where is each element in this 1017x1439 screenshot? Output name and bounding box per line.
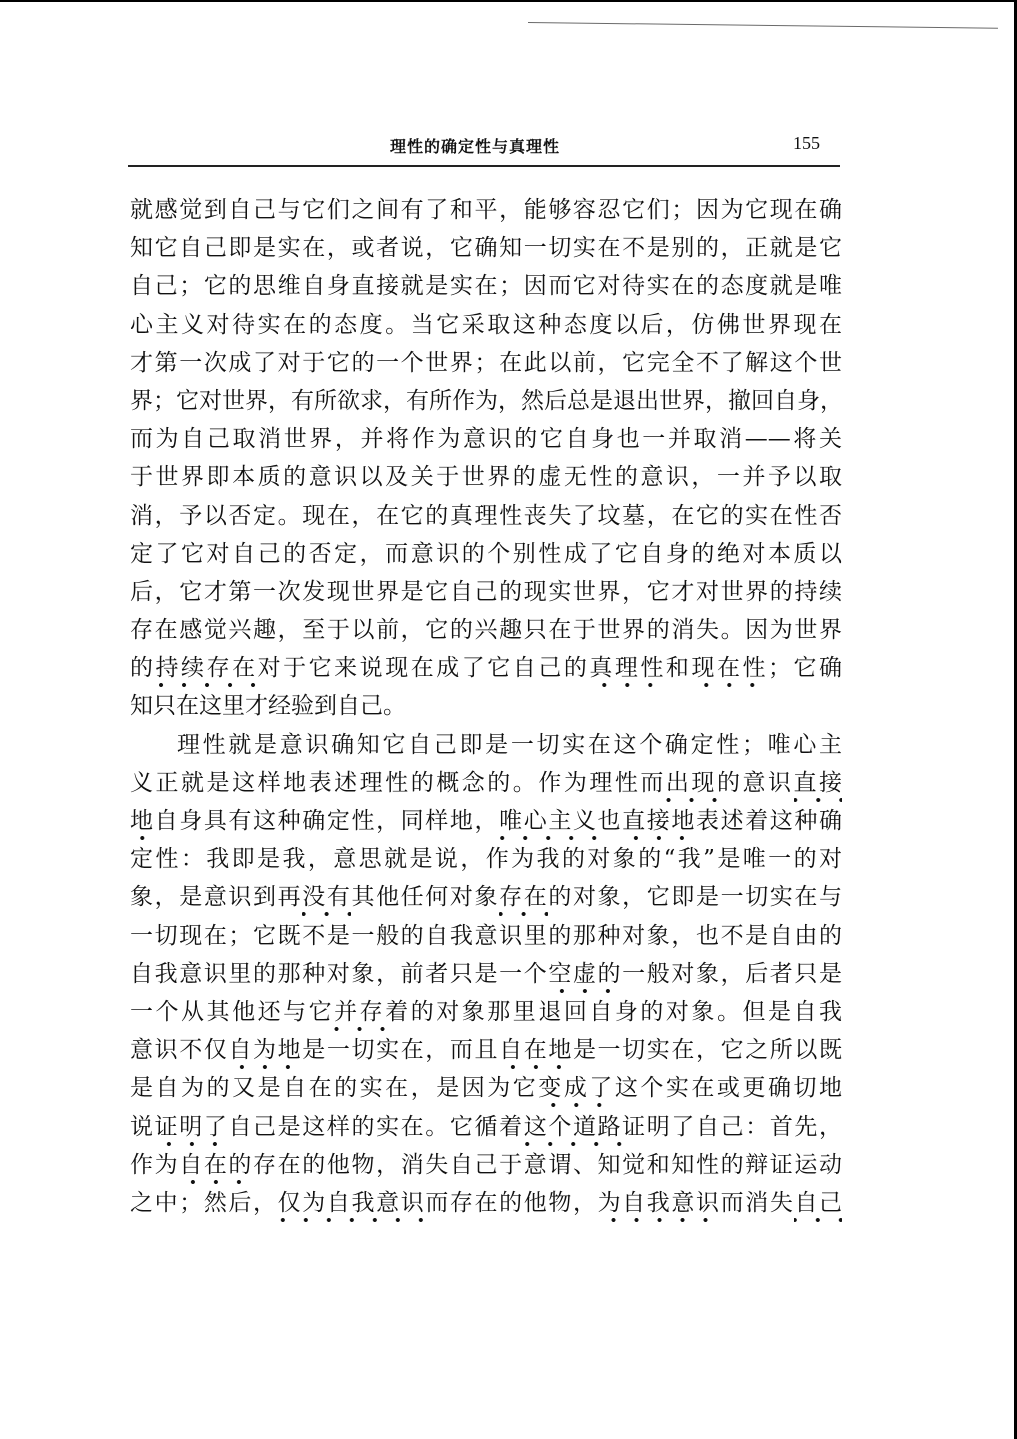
text-run: 而存在的他物， — [425, 1190, 597, 1216]
text-line: 后，它才第一次发现世界是它自己的现实世界，它才对世界的持续 — [130, 573, 842, 611]
text-line: 而为自己取消世界，并将作为意识的它自身也一并取消——将关 — [130, 420, 842, 458]
text-run: 的对象，它即是一切实在与 — [548, 884, 842, 910]
text-run: 消，予以否定。现在，在它的真理性丧失了坟墓，在它的实在性否 — [130, 503, 842, 529]
emphasized-text: 自在地 — [499, 1037, 573, 1063]
emphasized-text: 这个道路 — [524, 1114, 622, 1140]
emphasized-text: 存在 — [499, 884, 548, 910]
text-run: 是一切实在，它之所以既 — [573, 1037, 842, 1063]
text-run: 定性：我即是我，意思就是说，作为我的对象的“我”是唯一的对 — [130, 846, 842, 872]
text-line: 消，予以否定。现在，在它的真理性丧失了坟墓，在它的实在性否 — [130, 497, 842, 535]
text-line: 理性就是意识确知它自己即是一切实在这个确定性；唯心主 — [130, 726, 842, 764]
text-run: 义正就是这样地表述理性的概念的。作为理性而 — [130, 770, 666, 796]
text-line: 说证明了自己是这样的实在。它循着这个道路证明了自己：首先， — [130, 1108, 842, 1146]
paragraph: 理性就是意识确知它自己即是一切实在这个确定性；唯心主义正就是这样地表述理性的概念… — [130, 726, 842, 1222]
text-line: 的持续存在对于它来说现在成了它自己的真理性和现在性；它确 — [130, 649, 842, 687]
emphasized-text: 为自我意识 — [598, 1190, 721, 1216]
scan-border-top — [0, 0, 1017, 2]
text-run: 对于它来说现在成了它自己的 — [258, 655, 590, 681]
text-run: 是自为的又是自在的实在，是因为它 — [130, 1075, 538, 1101]
page-number: 155 — [793, 133, 820, 154]
text-line: 自己；它的思维自身直接就是实在；因而它对待实在的态度就是唯 — [130, 267, 842, 305]
text-line: 知只在这里才经验到自己。 — [130, 687, 842, 725]
text-run: 之中；然后， — [130, 1190, 278, 1216]
emphasized-text: 真理性 — [589, 655, 666, 681]
text-run: 才第一次成了对于它的一个世界；在此以前，它完全不了解这个世 — [130, 350, 842, 376]
text-run: 心主义对待实在的态度。当它采取这种态度以后，仿佛世界现在 — [130, 312, 842, 338]
emphasized-text: 直接地 — [622, 808, 696, 834]
text-run: 是一切实在，而且 — [302, 1037, 499, 1063]
text-run: 这个实在或更确切地 — [615, 1075, 842, 1101]
emphasized-text: 没有 — [302, 884, 351, 910]
emphasized-text: 直接 — [794, 770, 843, 796]
text-line: 一个从其他还与它并存着的对象那里退回自身的对象。但是自我 — [130, 993, 842, 1031]
text-run: 表述着这种确 — [696, 808, 842, 834]
text-run: 说 — [130, 1114, 155, 1140]
text-line: 心主义对待实在的态度。当它采取这种态度以后，仿佛世界现在 — [130, 306, 842, 344]
text-run: 就感觉到自己与它们之间有了和平，能够容忍它们；因为它现在确 — [130, 197, 842, 223]
emphasized-text: 自为地 — [228, 1037, 302, 1063]
emphasized-text: 证明了 — [155, 1114, 229, 1140]
text-run: ；它确 — [768, 655, 842, 681]
header-rule — [128, 165, 840, 167]
text-run: 理性就是意识确知它自己即是一切实在这个确定性；唯心主 — [177, 732, 842, 758]
text-run: 自己；它的思维自身直接就是实在；因而它对待实在的态度就是唯 — [130, 273, 842, 299]
text-run: 一切现在；它既不是一般的自我意识里的那种对象，也不是自由的 — [130, 923, 842, 949]
emphasized-text: 并存 — [334, 999, 385, 1025]
text-run: 知它自己即是实在，或者说，它确知一切实在不是别的，正就是它 — [130, 235, 842, 261]
text-line: 之中；然后，仅为自我意识而存在的他物，为自我意识而消失自己 — [130, 1184, 842, 1222]
text-run: 存在感觉兴趣，至于以前，它的兴趣只在于世界的消失。因为世界 — [130, 617, 842, 643]
text-run: 而消失 — [721, 1190, 795, 1216]
text-run: 其他任何对象 — [351, 884, 499, 910]
text-line: 一切现在；它既不是一般的自我意识里的那种对象，也不是自由的 — [130, 917, 842, 955]
text-run: 一般对象，后者只是 — [622, 961, 842, 987]
text-run: 也 — [598, 808, 623, 834]
emphasized-text: 仅为自我意识 — [278, 1190, 426, 1216]
emphasized-text: 空虚的 — [548, 961, 622, 987]
text-line: 知它自己即是实在，或者说，它确知一切实在不是别的，正就是它 — [130, 229, 842, 267]
text-line: 才第一次成了对于它的一个世界；在此以前，它完全不了解这个世 — [130, 344, 842, 382]
running-title: 理性的确定性与真理性 — [390, 134, 560, 157]
paragraph: 就感觉到自己与它们之间有了和平，能够容忍它们；因为它现在确知它自己即是实在，或者… — [130, 191, 842, 726]
text-run: 存在的他物，消失自己于意谓、知觉和知性的辩证运动 — [253, 1152, 842, 1178]
text-line: 定了它对自己的否定，而意识的个别性成了它自身的绝对本质以 — [130, 535, 842, 573]
text-run: 自己是这样的实在。它循着 — [228, 1114, 523, 1140]
body-text: 就感觉到自己与它们之间有了和平，能够容忍它们；因为它现在确知它自己即是实在，或者… — [130, 191, 842, 1222]
text-line: 作为自在的存在的他物，消失自己于意谓、知觉和知性的辩证运动 — [130, 1146, 842, 1184]
text-line: 义正就是这样地表述理性的概念的。作为理性而出现的意识直接 — [130, 764, 842, 802]
text-run: 定了它对自己的否定，而意识的个别性成了它自身的绝对本质以 — [130, 541, 842, 567]
text-line: 意识不仅自为地是一切实在，而且自在地是一切实在，它之所以既 — [130, 1031, 842, 1069]
text-run: 意识不仅 — [130, 1037, 228, 1063]
emphasized-text: 自在的 — [179, 1152, 253, 1178]
scan-edge-line — [528, 22, 998, 29]
emphasized-text: 地 — [130, 808, 155, 834]
text-run: 自我意识里的那种对象，前者只是一个 — [130, 961, 548, 987]
emphasized-text: 自己 — [794, 1190, 842, 1216]
text-line: 于世界即本质的意识以及关于世界的虚无性的意识，一并予以取 — [130, 458, 842, 496]
text-line: 界；它对世界，有所欲求，有所作为，然后总是退出世界，撤回自身， — [130, 382, 842, 420]
text-run: 后，它才第一次发现世界是它自己的现实世界，它才对世界的持续 — [130, 579, 842, 605]
text-run: 的意识 — [717, 770, 794, 796]
text-line: 是自为的又是自在的实在，是因为它变成了这个实在或更确切地 — [130, 1069, 842, 1107]
emphasized-text: 唯心主义 — [499, 808, 597, 834]
text-run: 知只在这里才经验到自己。 — [130, 693, 406, 719]
emphasized-text: 出现 — [666, 770, 717, 796]
emphasized-text: 持续存在 — [156, 655, 258, 681]
text-line: 定性：我即是我，意思就是说，作为我的对象的“我”是唯一的对 — [130, 840, 842, 878]
text-run: 证明了自己：首先， — [622, 1114, 842, 1140]
text-run: 一个从其他还与它 — [130, 999, 334, 1025]
text-line: 就感觉到自己与它们之间有了和平，能够容忍它们；因为它现在确 — [130, 191, 842, 229]
text-run: 而为自己取消世界，并将作为意识的它自身也一并取消——将关 — [130, 426, 842, 452]
emphasized-text: 变成了 — [538, 1075, 615, 1101]
running-head: 理性的确定性与真理性 155 — [128, 128, 840, 158]
text-run: 自身具有这种确定性，同样地， — [155, 808, 500, 834]
text-run: 着的对象那里退回自身的对象。但是自我 — [385, 999, 842, 1025]
text-run: 和 — [666, 655, 692, 681]
text-line: 存在感觉兴趣，至于以前，它的兴趣只在于世界的消失。因为世界 — [130, 611, 842, 649]
text-run: 象，是意识到再 — [130, 884, 302, 910]
text-run: 的 — [130, 655, 156, 681]
text-line: 自我意识里的那种对象，前者只是一个空虚的一般对象，后者只是 — [130, 955, 842, 993]
text-run: 界；它对世界，有所欲求，有所作为，然后总是退出世界，撤回自身， — [130, 388, 843, 414]
text-line: 地自身具有这种确定性，同样地，唯心主义也直接地表述着这种确 — [130, 802, 842, 840]
text-run: 作为 — [130, 1152, 179, 1178]
emphasized-text: 现在性 — [691, 655, 768, 681]
text-line: 象，是意识到再没有其他任何对象存在的对象，它即是一切实在与 — [130, 878, 842, 916]
text-run: 于世界即本质的意识以及关于世界的虚无性的意识，一并予以取 — [130, 464, 842, 490]
